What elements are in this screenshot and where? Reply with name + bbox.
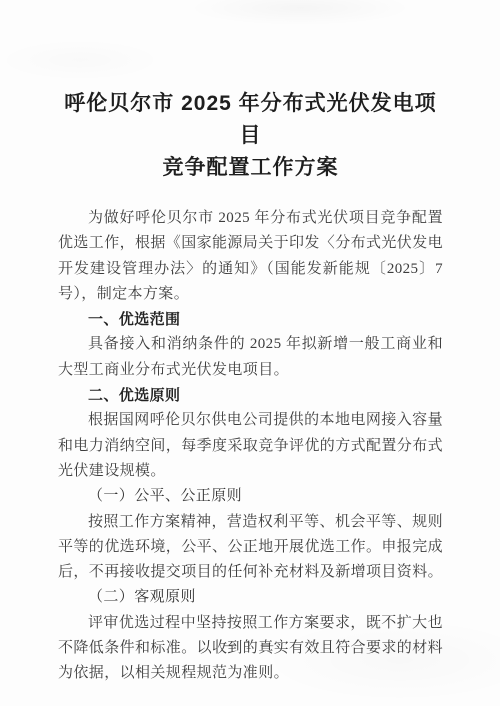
page-number: — 1 — bbox=[0, 638, 500, 653]
intro-paragraph: 为做好呼伦贝尔市 2025 年分布式光伏项目竞争配置优选工作，根据《国家能源局关… bbox=[58, 206, 443, 307]
document-title-line-2: 竞争配置工作方案 bbox=[163, 156, 339, 179]
section-1-paragraph: 具备接入和消纳条件的 2025 年拟新增一般工商业和大型工商业分布式光伏发电项目… bbox=[58, 332, 443, 383]
section-heading-1: 一、优选范围 bbox=[58, 307, 443, 332]
subsection-2-1-paragraph: 按照工作方案精神，营造权利平等、机会平等、规则平等的优选环境，公平、公正地开展优… bbox=[58, 510, 443, 586]
document-title-line-1: 呼伦贝尔市 2025 年分布式光伏发电项目 bbox=[64, 92, 436, 147]
subsection-heading-2-1: （一）公平、公正原则 bbox=[58, 484, 443, 509]
subsection-heading-2-2: （二）客观原则 bbox=[58, 585, 443, 610]
section-2-paragraph: 根据国网呼伦贝尔供电公司提供的本地电网接入容量和电力消纳空间，每季度采取竞争评优… bbox=[58, 408, 443, 484]
document-body: 呼伦贝尔市 2025 年分布式光伏发电项目 竞争配置工作方案 为做好呼伦贝尔市 … bbox=[58, 0, 443, 687]
document-page: 呼伦贝尔市 2025 年分布式光伏发电项目 竞争配置工作方案 为做好呼伦贝尔市 … bbox=[0, 0, 500, 706]
document-title: 呼伦贝尔市 2025 年分布式光伏发电项目 竞争配置工作方案 bbox=[58, 88, 443, 184]
section-heading-2: 二、优选原则 bbox=[58, 383, 443, 408]
